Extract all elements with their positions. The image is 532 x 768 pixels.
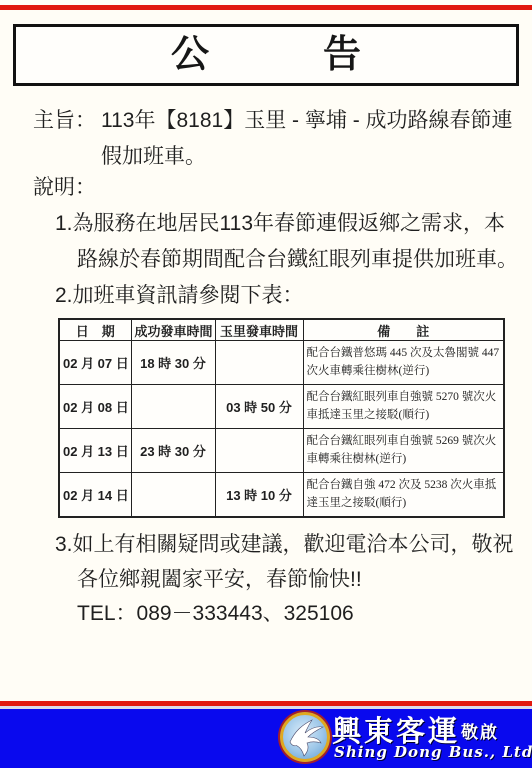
top-red-divider	[0, 5, 532, 10]
cell-yuli-time	[215, 429, 303, 473]
explanation-item2: 2.加班車資訊請參閱下表：	[55, 278, 304, 314]
page-title: 公 告	[171, 36, 361, 74]
header-date: 日 期	[59, 319, 131, 341]
cell-date: 02 月 08 日	[59, 385, 131, 429]
announcement-page: 公 告 主旨： 113年【8181】玉里 - 寧埔 - 成功路線春節連 假加班車…	[0, 0, 532, 768]
cell-remark: 配合台鐵紅眼列車自強號 5270 號次火車抵達玉里之接駁(順行)	[303, 385, 504, 429]
table-row: 02 月 07 日 18 時 30 分 配合台鐵普悠瑪 445 次及太魯閣號 4…	[59, 341, 504, 385]
explanation-label: 說明：	[33, 170, 96, 206]
subject-label: 主旨：	[33, 103, 101, 175]
cell-yuli-time: 03 時 50 分	[215, 385, 303, 429]
explanation-item1-line1: 1.為服務在地居民113年春節連假返鄉之需求，本	[55, 206, 505, 242]
cell-remark: 配合台鐵自強 472 次及 5238 次火車抵達玉里之接駁(順行)	[303, 473, 504, 518]
cell-chenggong-time	[131, 385, 215, 429]
table-row: 02 月 13 日 23 時 30 分 配合台鐵紅眼列車自強號 5269 號次火…	[59, 429, 504, 473]
cell-date: 02 月 07 日	[59, 341, 131, 385]
header-yuli-departure: 玉里發車時間	[215, 319, 303, 341]
explanation-item3-line2: 各位鄉親闔家平安，春節愉快!!	[77, 562, 362, 598]
extra-bus-schedule-table: 日 期 成功發車時間 玉里發車時間 備 註 02 月 07 日 18 時 30 …	[58, 318, 505, 518]
cell-remark: 配合台鐵紅眼列車自強號 5269 號次火車轉乘往樹林(逆行)	[303, 429, 504, 473]
cell-date: 02 月 14 日	[59, 473, 131, 518]
cell-chenggong-time: 18 時 30 分	[131, 341, 215, 385]
subject-line1: 113年【8181】玉里 - 寧埔 - 成功路線春節連	[101, 103, 513, 139]
closing-phrase: 敬啟	[461, 718, 499, 743]
table-row: 02 月 14 日 13 時 10 分 配合台鐵自強 472 次及 5238 次…	[59, 473, 504, 518]
explanation-item3-line1: 3.如上有相關疑問或建議，歡迎電洽本公司，敬祝	[55, 527, 514, 563]
footer-bar: 興東客運 敬啟 Shing Dong Bus., Ltd.	[0, 709, 532, 768]
cell-chenggong-time: 23 時 30 分	[131, 429, 215, 473]
subject-line2: 假加班車。	[101, 139, 513, 175]
cell-remark: 配合台鐵普悠瑪 445 次及太魯閣號 447 次火車轉乘往樹林(逆行)	[303, 341, 504, 385]
cell-chenggong-time	[131, 473, 215, 518]
company-name-en: Shing Dong Bus., Ltd.	[334, 743, 532, 761]
cell-yuli-time	[215, 341, 303, 385]
table-header-row: 日 期 成功發車時間 玉里發車時間 備 註	[59, 319, 504, 341]
title-box: 公 告	[13, 24, 519, 86]
dove-logo-icon	[280, 712, 330, 762]
subject-text: 113年【8181】玉里 - 寧埔 - 成功路線春節連 假加班車。	[101, 103, 513, 175]
header-remark: 備 註	[303, 319, 504, 341]
subject-section: 主旨： 113年【8181】玉里 - 寧埔 - 成功路線春節連 假加班車。	[33, 103, 513, 175]
cell-yuli-time: 13 時 10 分	[215, 473, 303, 518]
cell-date: 02 月 13 日	[59, 429, 131, 473]
explanation-item1-line2: 路線於春節期間配合台鐵紅眼列車提供加班車。	[77, 242, 518, 278]
telephone-line: TEL：089－333443、325106	[77, 596, 354, 632]
header-chenggong-departure: 成功發車時間	[131, 319, 215, 341]
table-row: 02 月 08 日 03 時 50 分 配合台鐵紅眼列車自強號 5270 號次火…	[59, 385, 504, 429]
